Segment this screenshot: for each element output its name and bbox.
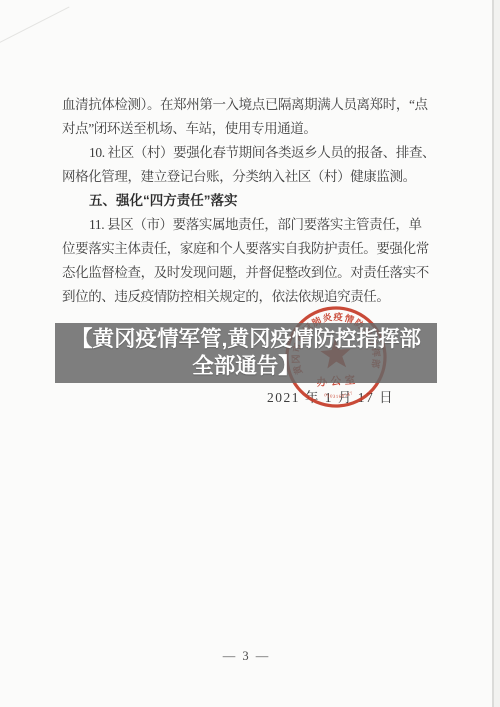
photo-background-strip	[493, 0, 500, 707]
text-line: 网格化管理，建立登记台账，分类纳入社区（村）健康监测。	[62, 165, 445, 189]
paper-right-edge	[492, 0, 494, 707]
seal-code: 0103168547	[323, 391, 354, 401]
body-text: 血清抗体检测）。在郑州第一入境点已隔离期满人员离郑时，“点对点”闭环送至机场、车…	[62, 93, 445, 309]
overlay-title-line1: 【黄冈疫情军管,黄冈疫情防控指挥部	[71, 326, 421, 353]
section-heading: 五、强化“四方责任”落实	[62, 189, 445, 213]
svg-text:0103168547: 0103168547	[323, 391, 354, 401]
paper-corner-crease	[0, 7, 70, 47]
text-line: 11. 县区（市）要落实属地责任，部门要落实主管责任，单	[62, 213, 445, 237]
overlay-title-band: 【黄冈疫情军管,黄冈疫情防控指挥部 全部通告】	[55, 323, 437, 383]
text-line: 位要落实主体责任，家庭和个人要落实自我防护责任。要强化常	[62, 237, 445, 261]
text-line: 血清抗体检测）。在郑州第一入境点已隔离期满人员离郑时，“点	[62, 93, 445, 117]
text-line: 10. 社区（村）要强化春节期间各类返乡人员的报备、排查、	[62, 141, 445, 165]
text-line: 态化监督检查，及时发现问题，并督促整改到位。对责任落实不	[62, 261, 445, 285]
text-line: 对点”闭环送至机场、车站，使用专用通道。	[62, 117, 445, 141]
page-number: — 3 —	[0, 649, 493, 664]
document-page-photo: 血清抗体检测）。在郑州第一入境点已隔离期满人员离郑时，“点对点”闭环送至机场、车…	[0, 0, 500, 707]
overlay-title-line2: 全部通告】	[192, 353, 300, 380]
